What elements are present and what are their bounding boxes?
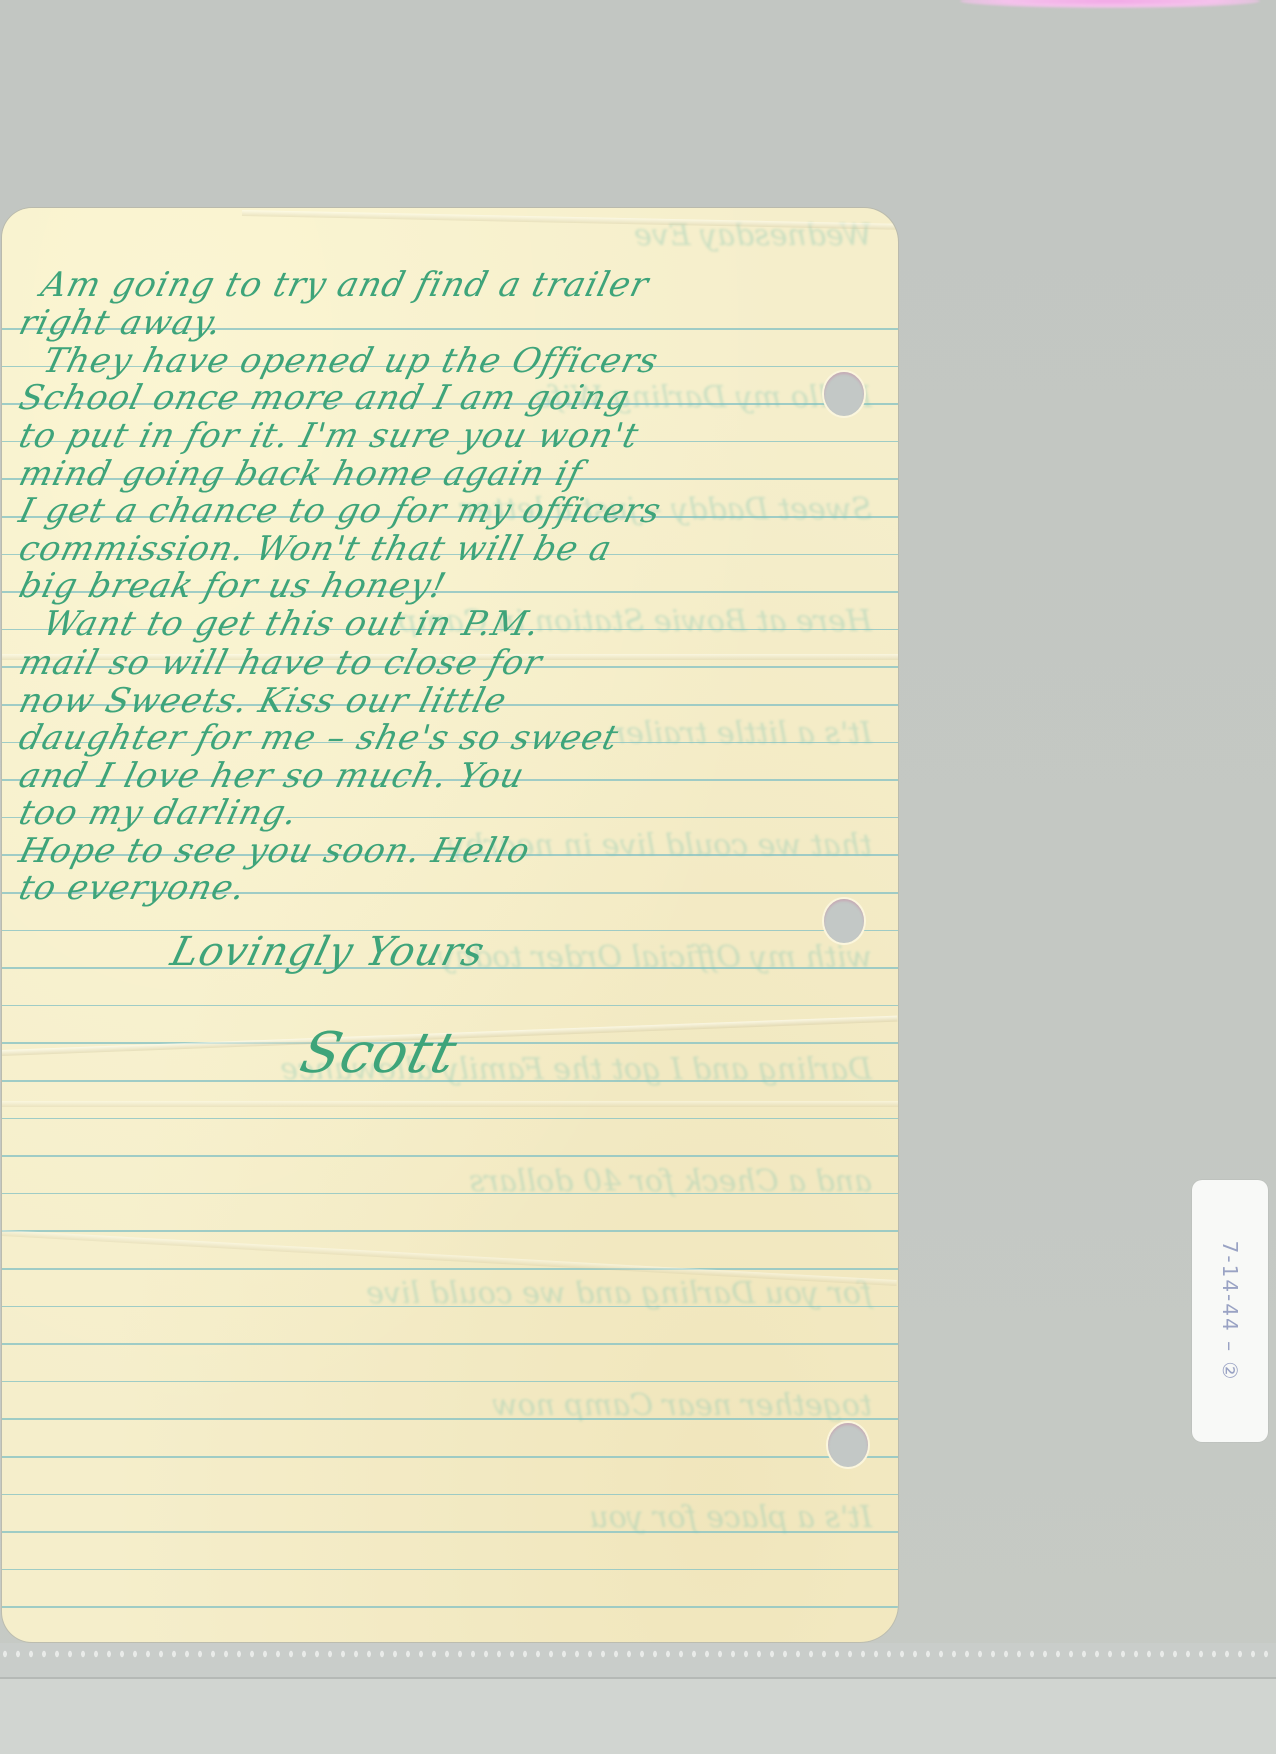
letter-signature: Scott (295, 1026, 462, 1082)
rule-line (2, 1230, 898, 1232)
binder-hole (824, 372, 864, 416)
binder-hole (828, 1423, 868, 1467)
sleeve-perforation (0, 1647, 1276, 1661)
letter-line: now Sweets. Kiss our little (16, 684, 511, 718)
rule-line (2, 1343, 898, 1345)
rule-line (2, 1268, 898, 1270)
bleed-through-line: and a Check for 40 dollars (32, 1164, 872, 1199)
sleeve-lower-area (0, 1679, 1276, 1754)
rule-line (2, 1005, 898, 1007)
archive-label-text: 7-14-44 – ② (1218, 1241, 1242, 1382)
letter-line: mail so will have to close for (16, 646, 546, 680)
letter-line: big break for us honey! (16, 569, 450, 603)
rule-line (2, 1494, 898, 1496)
letter-line: to everyone. (16, 871, 250, 905)
bleed-through-line: It's a place for you (32, 1500, 872, 1535)
letter-line: commission. Won't that will be a (16, 532, 616, 566)
letter-line: Hope to see you soon. Hello (16, 834, 534, 868)
letter-line: School once more and I am going (16, 381, 634, 415)
letter-line: right away. (16, 306, 226, 340)
letter-line: to put in for it. I'm sure you won't (16, 419, 643, 453)
letter-line: Want to get this out in P.M. (40, 607, 544, 641)
rule-line (2, 1456, 898, 1458)
rule-line (2, 1606, 898, 1608)
archive-label: 7-14-44 – ② (1192, 1180, 1268, 1442)
letter-line: too my darling. (16, 796, 302, 830)
rule-line (2, 1569, 898, 1571)
rule-line (2, 1381, 898, 1383)
fold-crease (2, 1101, 898, 1107)
letter-line: They have opened up the Officers (40, 344, 662, 378)
bleed-through-line: for you Darling and we could live (32, 1276, 872, 1311)
letter-closing: Lovingly Yours (167, 932, 489, 972)
letter-line: I get a chance to go for my officers (16, 494, 665, 528)
letter-line: and I love her so much. You (16, 759, 528, 793)
letter-paper: Wednesday EveHello my Darling WifeSweet … (2, 208, 898, 1642)
letter-line: Am going to try and find a trailer (38, 268, 653, 302)
letter-line: daughter for me – she's so sweet (16, 721, 622, 755)
bleed-through-line: together near Camp now (32, 1388, 872, 1423)
letter-line: mind going back home again if (16, 457, 586, 491)
rule-line (2, 1155, 898, 1157)
rule-line (2, 1118, 898, 1120)
binder-hole (824, 899, 864, 943)
